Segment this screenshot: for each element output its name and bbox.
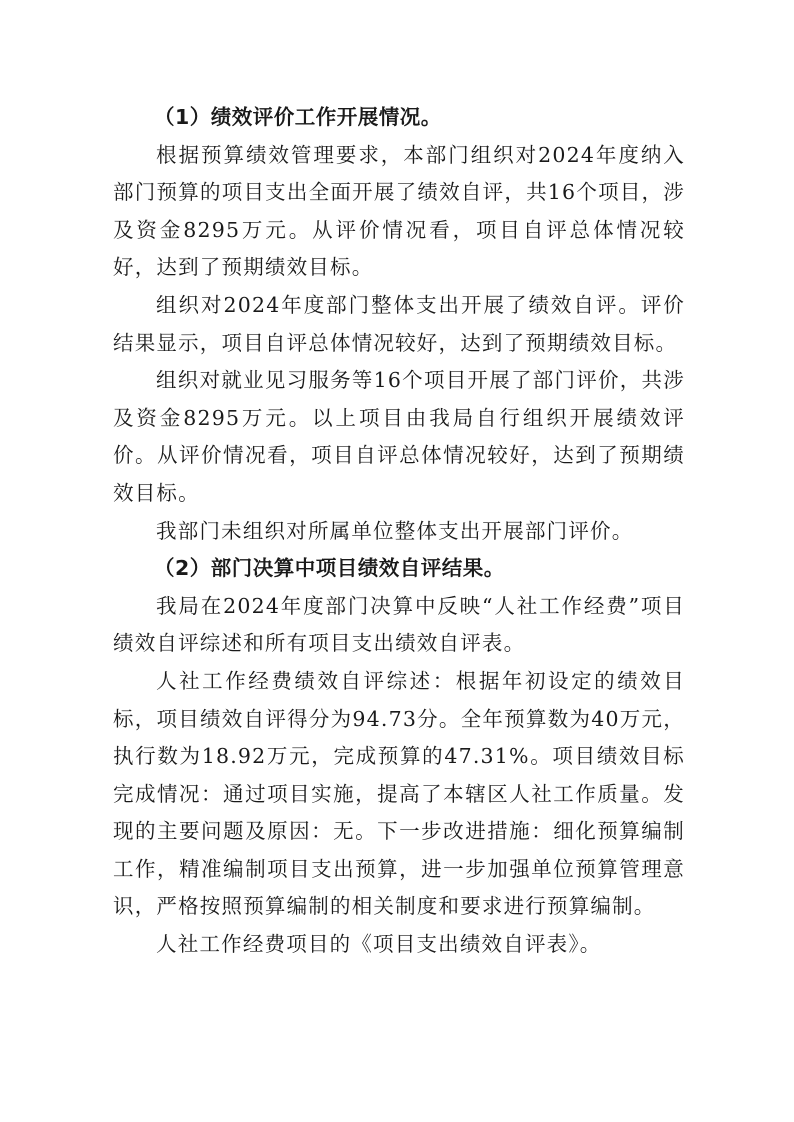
paragraph-evaluation-table-reference: 人社工作经费项目的《项目支出绩效自评表》。 bbox=[113, 926, 685, 964]
paragraph-self-evaluation-overview: 根据预算绩效管理要求，本部门组织对2024年度纳入部门预算的项目支出全面开展了绩… bbox=[113, 137, 685, 287]
paragraph-department-evaluation: 组织对就业见习服务等16个项目开展了部门评价，共涉及资金8295万元。以上项目由… bbox=[113, 362, 685, 512]
section-heading-final-accounts-results: （2）部门决算中项目绩效自评结果。 bbox=[113, 550, 685, 588]
paragraph-project-summary: 人社工作经费绩效自评综述：根据年初设定的绩效目标，项目绩效自评得分为94.73分… bbox=[113, 663, 685, 926]
paragraph-final-accounts-intro: 我局在2024年度部门决算中反映“人社工作经费”项目绩效自评综述和所有项目支出绩… bbox=[113, 588, 685, 663]
document-page: （1）绩效评价工作开展情况。 根据预算绩效管理要求，本部门组织对2024年度纳入… bbox=[113, 99, 685, 964]
section-heading-performance-evaluation: （1）绩效评价工作开展情况。 bbox=[113, 99, 685, 137]
paragraph-subordinate-units: 我部门未组织对所属单位整体支出开展部门评价。 bbox=[113, 513, 685, 551]
paragraph-overall-expenditure-evaluation: 组织对2024年度部门整体支出开展了绩效自评。评价结果显示，项目自评总体情况较好… bbox=[113, 287, 685, 362]
